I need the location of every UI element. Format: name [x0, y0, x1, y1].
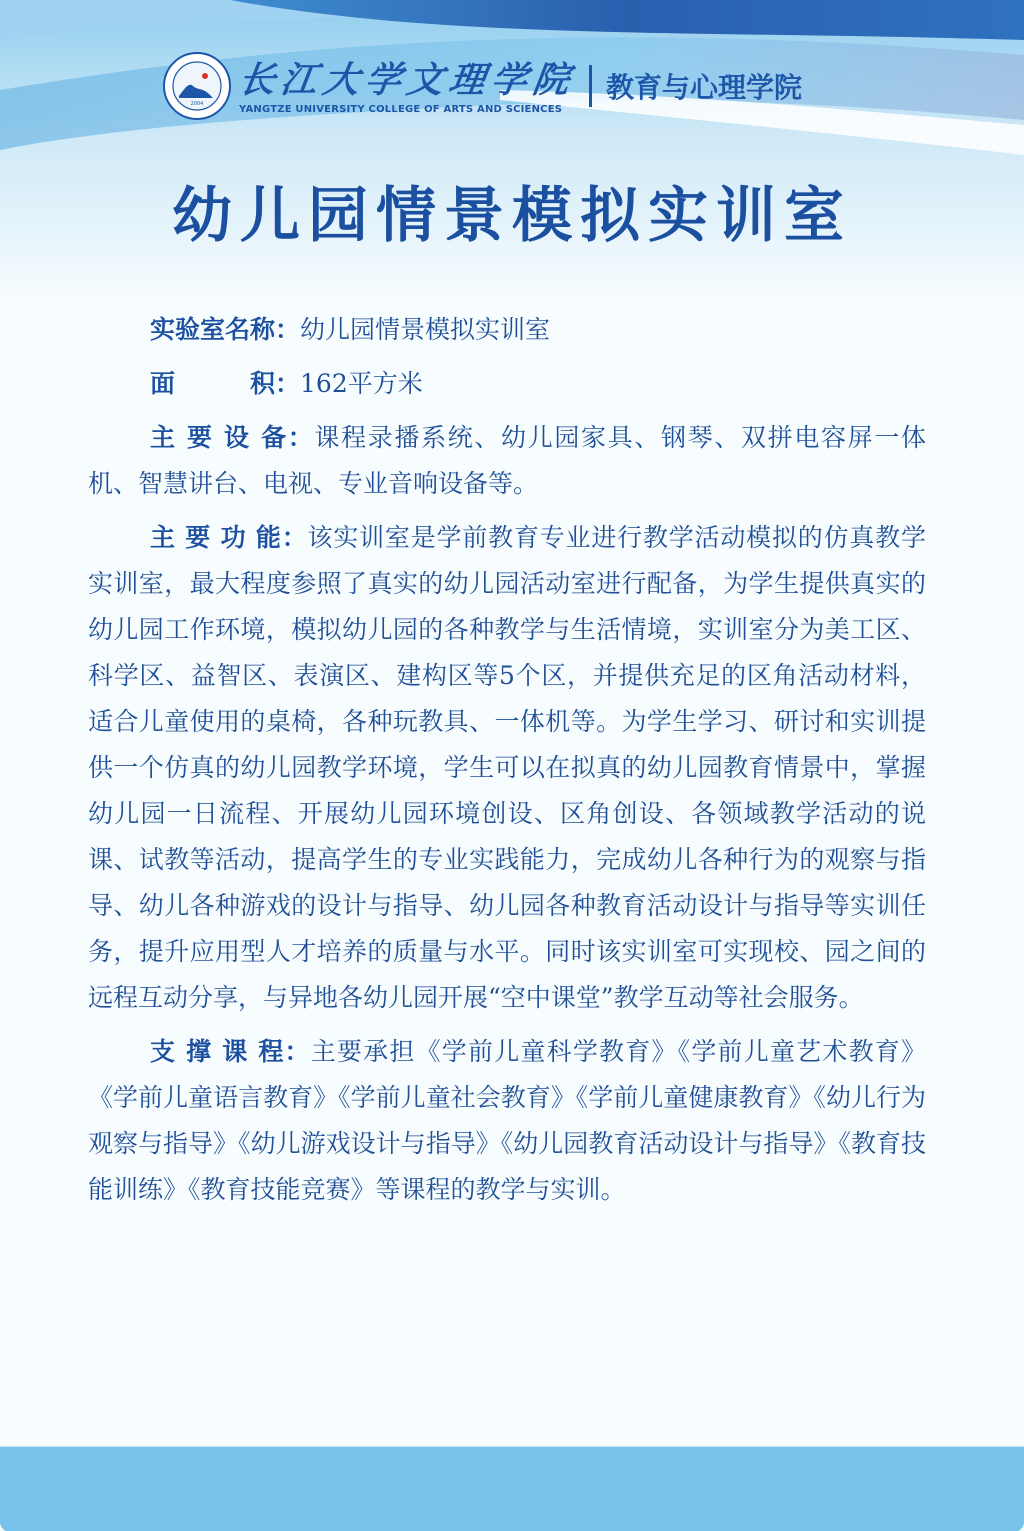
footer-band [0, 1446, 1024, 1531]
field-label: 主 要 设 备： [150, 423, 314, 452]
university-name-en: YANGTZE UNIVERSITY COLLEGE OF ARTS AND S… [239, 104, 575, 115]
university-seal-icon: 2004 [163, 52, 231, 120]
field-label: 面 积： [150, 369, 300, 398]
header-wave-background [0, 0, 1024, 300]
field-functions: 主 要 功 能：该实训室是学前教育专业进行教学活动模拟的仿真教学实训室，最大程度… [88, 515, 926, 1021]
university-brand: 长江大学文理学院 YANGTZE UNIVERSITY COLLEGE OF A… [239, 58, 575, 115]
department-name: 教育与心理学院 [606, 66, 802, 106]
field-value: 162平方米 [300, 369, 423, 398]
field-value: 该实训室是学前教育专业进行教学活动模拟的仿真教学实训室，最大程度参照了真实的幼儿… [88, 523, 926, 1012]
university-name-cn: 长江大学文理学院 [236, 58, 578, 102]
field-courses: 支 撑 课 程：主要承担《学前儿童科学教育》《学前儿童艺术教育》《学前儿童语言教… [88, 1029, 926, 1213]
lab-info-content: 实验室名称：幼儿园情景模拟实训室 面 积：162平方米 主 要 设 备：课程录播… [88, 307, 926, 1221]
field-equipment: 主 要 设 备：课程录播系统、幼儿园家具、钢琴、双拼电容屏一体机、智慧讲台、电视… [88, 415, 926, 507]
header-divider [589, 65, 592, 107]
field-value: 幼儿园情景模拟实训室 [300, 315, 550, 344]
field-lab-name: 实验室名称：幼儿园情景模拟实训室 [88, 307, 926, 353]
header-logo-row: 2004 长江大学文理学院 YANGTZE UNIVERSITY COLLEGE… [163, 48, 802, 124]
field-label: 支 撑 课 程： [150, 1037, 311, 1066]
field-area: 面 积：162平方米 [88, 361, 926, 407]
field-label: 主 要 功 能： [150, 523, 308, 552]
field-label: 实验室名称： [150, 315, 300, 344]
svg-text:2004: 2004 [191, 101, 204, 107]
page-title: 幼儿园情景模拟实训室 [0, 168, 1024, 254]
